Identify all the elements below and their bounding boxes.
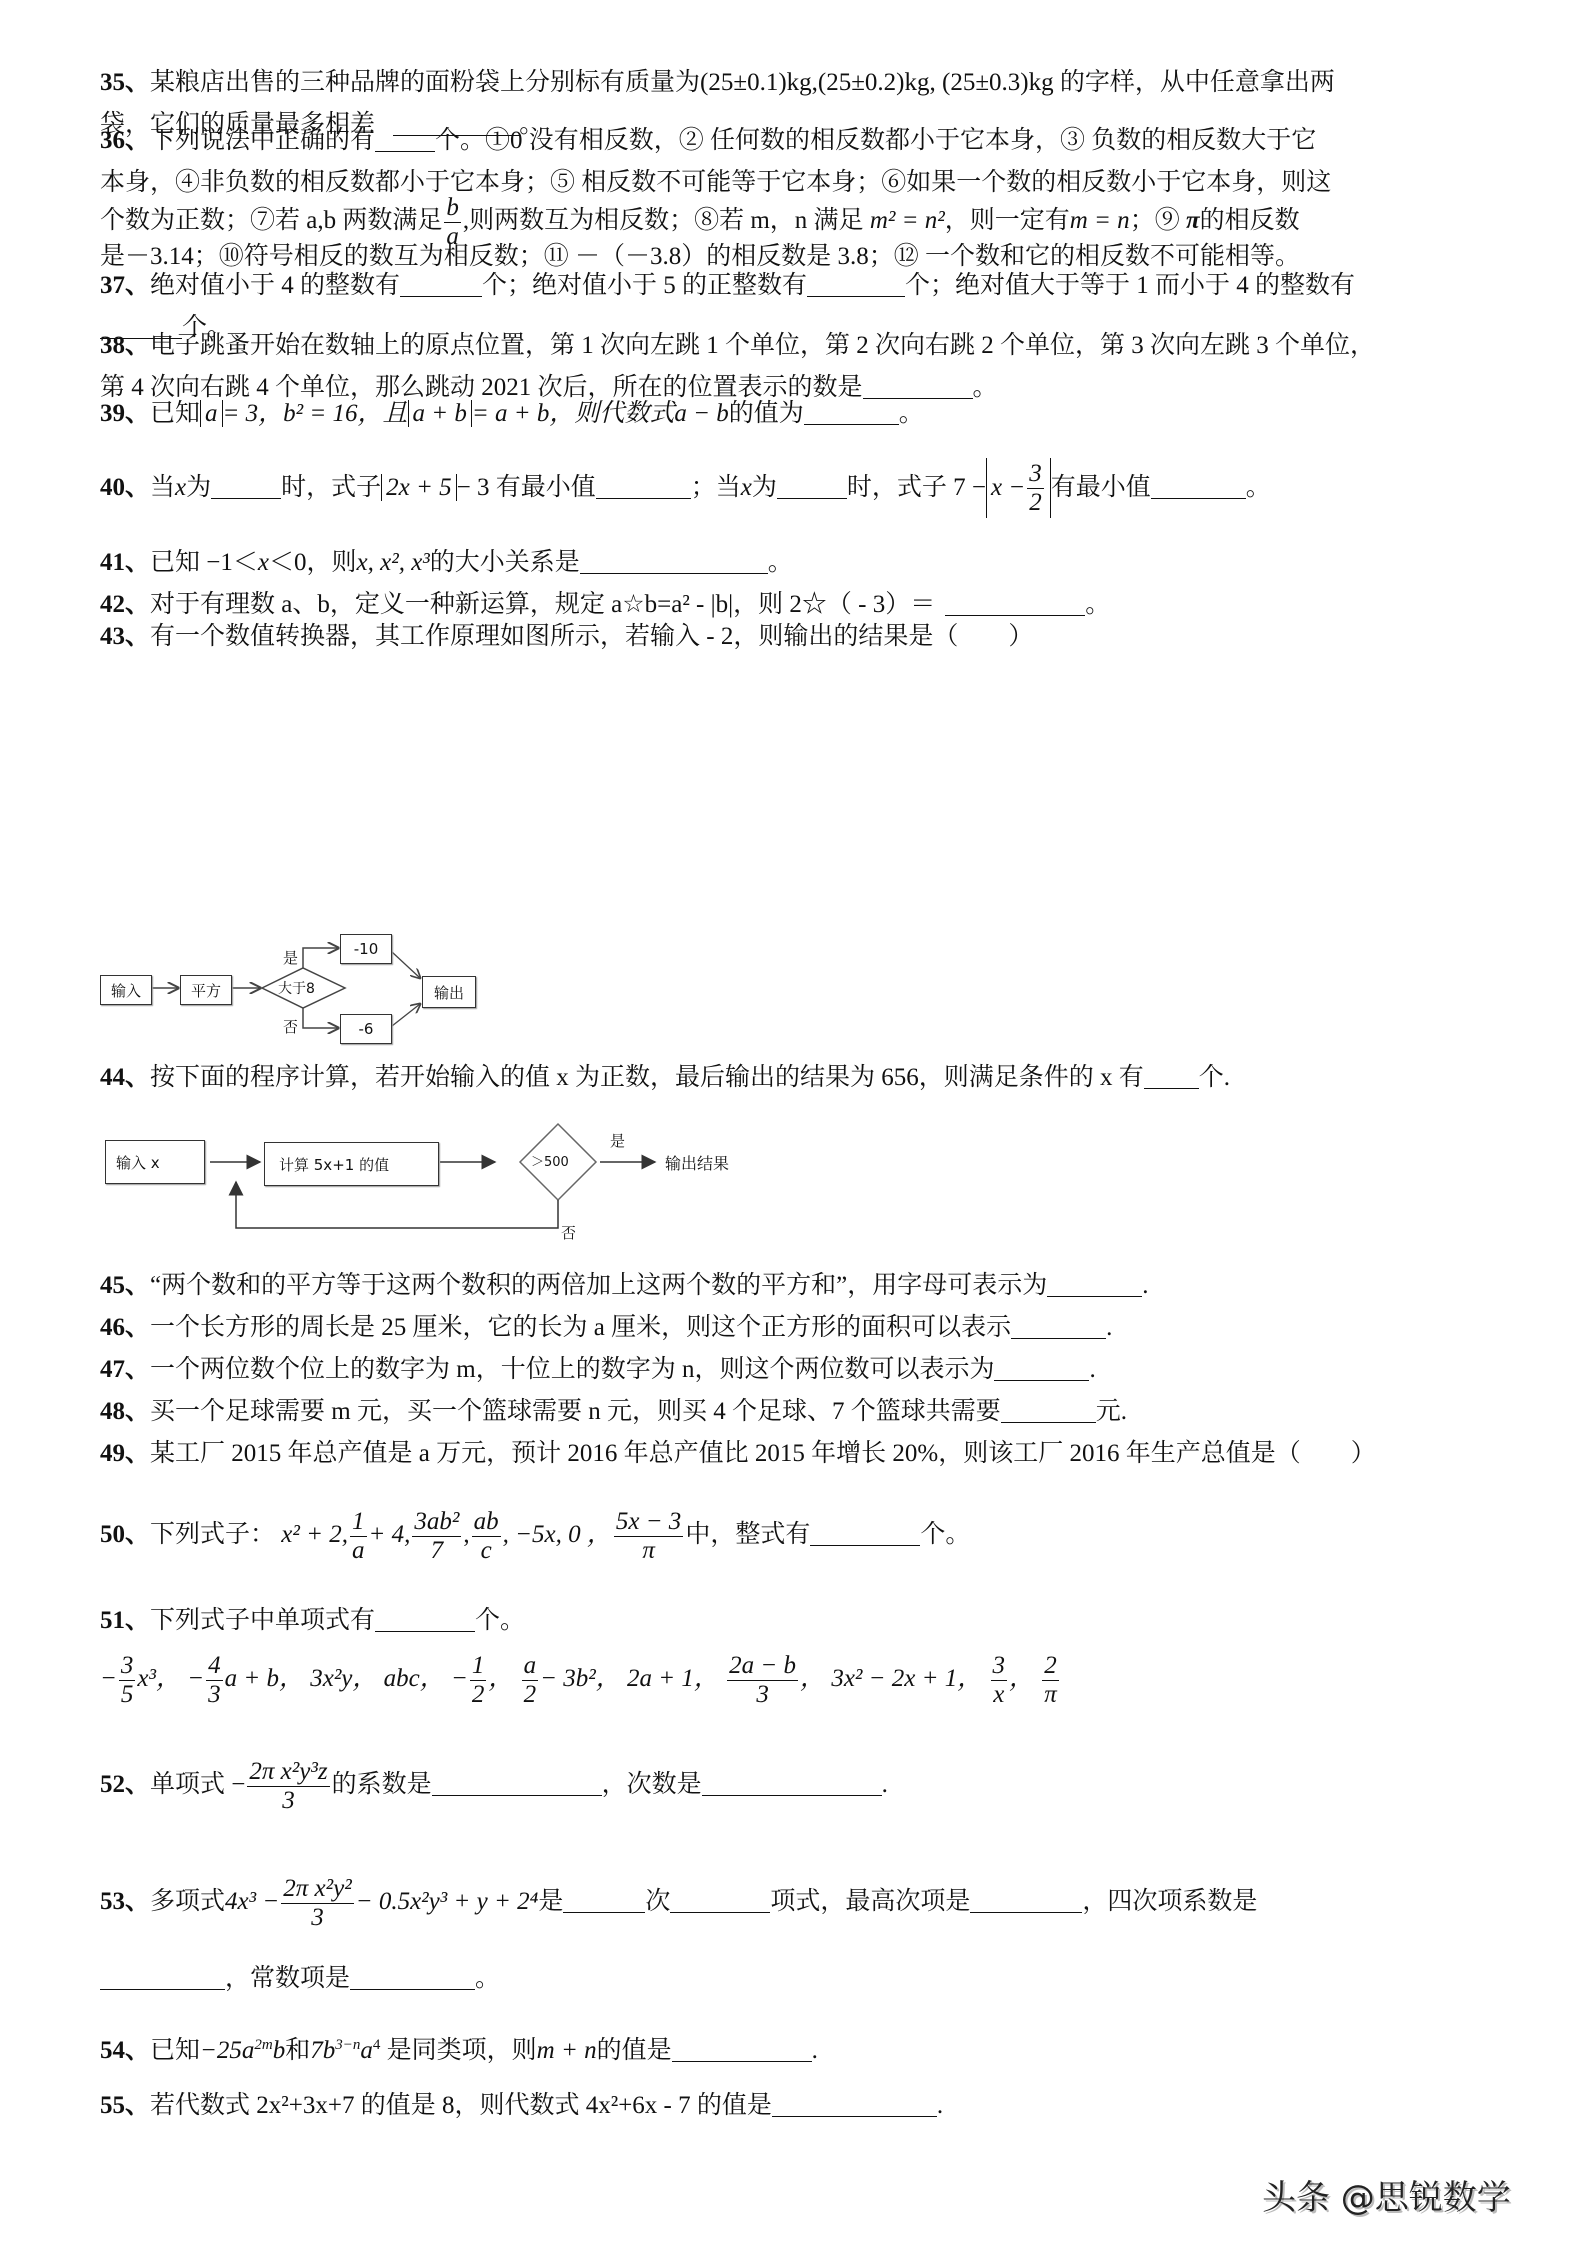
question-40: 40、当x为时，式子2x + 5− 3 有最小值；当x为时，式子 7 −x −3… [100,458,1505,518]
question-44: 44、按下面的程序计算，若开始输入的值 x 为正数，最后输出的结果为 656，则… [100,1057,1505,1099]
question-45: 45、“两个数和的平方等于这两个数积的两倍加上这两个数的平方和”，用字母可表示为… [100,1265,1505,1307]
question-text: ，则一定有 [945,207,1070,234]
abs-expr: 2x + 5 [381,474,456,501]
answer-blank[interactable] [670,1911,770,1913]
answer-blank[interactable] [777,497,847,499]
math-expr: 7b [310,2037,335,2064]
question-number: 51、 [100,1607,150,1634]
fraction: 2π x²y²3 [281,1875,353,1931]
fraction: a2 [522,1652,539,1708]
abs-expr: a + b [408,400,472,427]
question-number: 43、 [100,623,150,650]
question-text: 为 [752,474,777,501]
exponent: 4 [373,2037,381,2053]
math-expr: , −5x, 0 ， [503,1521,612,1548]
question-text: 多项式 [150,1888,225,1915]
flow-output-label: 输出结果 [665,1151,729,1174]
question-number: 52、 [100,1771,150,1798]
question-text: 单项式 − [150,1771,245,1798]
question-text: 个；绝对值小于 5 的正整数有 [482,272,807,299]
question-50: 50、下列式子： x² + 2,1a+ 4,3ab²7,abc, −5x, 0 … [100,1500,1505,1570]
question-text: 下列式子中单项式有 [150,1607,375,1634]
flow-condition-label: 大于8 [278,978,315,998]
answer-blank[interactable] [563,1911,645,1913]
question-number: 53、 [100,1888,150,1915]
question-text: 若代数式 2x²+3x+7 的值是 8，则代数式 4x²+6x - 7 的值是 [150,2092,772,2119]
question-text: 个。①0 没有相反数，② 任何数的相反数都小于它本身，③ 负数的相反数大于它 [435,127,1316,154]
question-text: 个数为正数；⑦若 a,b 两数满足 [100,207,442,234]
question-text: ；⑨ [1130,207,1180,234]
answer-blank[interactable] [596,497,691,499]
question-text: 已知 [150,2037,200,2064]
question-text: 某粮店出售的三种品牌的面粉袋上分别标有质量为(25±0.1)kg,(25±0.2… [150,69,1335,96]
question-text: 是 [538,1888,563,1915]
question-41: 41、已知 −1＜x＜0，则x, x², x³的大小关系是。 [100,542,1505,584]
question-text: 有一个数值转换器，其工作原理如图所示，若输入 - 2，则输出的结果是（ ） [150,623,1033,650]
question-text: 个. [1199,1064,1230,1091]
punct: . [882,1771,888,1798]
question-51: 51、下列式子中单项式有个。 [100,1600,1505,1642]
question-43: 43、有一个数值转换器，其工作原理如图所示，若输入 - 2，则输出的结果是（ ） [100,616,1505,658]
question-number: 36、 [100,127,150,154]
flow-yes-label: 是 [610,1130,625,1151]
answer-blank[interactable] [1151,497,1246,499]
watermark: 头条 @思锐数学 [1262,2170,1511,2219]
question-text: 电子跳蚤开始在数轴上的原点位置，第 1 次向左跳 1 个单位，第 2 次向右跳 … [150,332,1375,359]
flowchart-arrows [100,1110,820,1240]
math-expr: b [273,2037,286,2064]
question-text: 个；绝对值大于等于 1 而小于 4 的整数有 [905,272,1355,299]
question-number: 39、 [100,400,150,427]
punct: . [812,2037,818,2064]
answer-blank[interactable] [580,572,768,574]
question-46: 46、一个长方形的周长是 25 厘米，它的长为 a 厘米，则这个正方形的面积可以… [100,1307,1505,1349]
question-text: 时，式子 [281,474,381,501]
question-text: 绝对值小于 4 的整数有 [150,272,400,299]
math-var: x [258,549,269,576]
answer-blank[interactable] [1001,1421,1096,1423]
question-text: 一个长方形的周长是 25 厘米，它的长为 a 厘米，则这个正方形的面积可以表示 [150,1314,1011,1341]
flow-minus6-box: -6 [340,1014,392,1044]
fraction: 2π [1042,1652,1059,1708]
math-var: x [741,474,752,501]
punct: 。 [899,400,924,427]
punct: 个。 [475,1607,525,1634]
question-number: 35、 [100,69,150,96]
question-text: 已知 −1＜ [150,549,258,576]
question-number: 47、 [100,1356,150,1383]
question-number: 40、 [100,474,150,501]
math-expr: + 4, [369,1521,411,1548]
question-text: ，四次项系数是 [1082,1888,1257,1915]
question-text: 为 [186,474,211,501]
question-text: 当 [150,474,175,501]
question-54: 54、已知−25a2mb和7b3−na4 是同类项，则m + n的值是. [100,2030,1505,2072]
fraction: 12 [470,1652,487,1708]
flow-minus10-box: -10 [340,934,392,964]
math-expr: m² = n² [870,207,945,234]
answer-blank[interactable] [804,423,899,425]
abs-expr-fraction: x −32 [986,458,1051,518]
flow-yes-label: 是 [283,947,298,968]
punct: 。 [1246,474,1271,501]
fraction: 3ab²7 [412,1508,461,1564]
question-text: ，次数是 [602,1771,702,1798]
answer-blank[interactable] [970,1911,1082,1913]
punct: . [1142,1272,1148,1299]
math-expr: = 3， [223,400,284,427]
question-53-line2: ，常数项是。 [100,1958,1505,2000]
question-number: 46、 [100,1314,150,1341]
flow-no-label: 否 [561,1222,576,1243]
question-text: 下列说法中正确的有 [150,127,375,154]
question-text: ，常数项是 [225,1965,350,1992]
math-expr: − 0.5x²y³ + y + 2⁴ [356,1888,539,1915]
question-text: 的值是 [597,2037,672,2064]
flowchart-43: 输入 平方 大于8 是 否 -10 -6 输出 [100,930,520,1040]
answer-blank[interactable] [350,1988,475,1990]
question-number: 55、 [100,2092,150,2119]
question-36: 36、下列说法中正确的有个。①0 没有相反数，② 任何数的相反数都小于它本身，③… [100,120,1505,162]
question-53: 53、多项式4x³ −2π x²y²3− 0.5x²y³ + y + 2⁴是次项… [100,1862,1505,1942]
answer-blank[interactable] [672,2060,812,2062]
flow-compute-box: 计算 5x+1 的值 [264,1142,439,1186]
question-51-expressions: −35x³， −43a + b， 3x²y， abc， −12， a2− 3b²… [100,1640,1505,1718]
answer-blank[interactable] [211,497,281,499]
question-number: 49、 [100,1440,150,1467]
punct: . [937,2092,943,2119]
answer-blank[interactable] [772,2115,937,2117]
question-text: 一个两位数个位上的数字为 m，十位上的数字为 n，则这个两位数可以表示为 [150,1356,994,1383]
question-number: 54、 [100,2037,150,2064]
question-47: 47、一个两位数个位上的数字为 m，十位上的数字为 n，则这个两位数可以表示为. [100,1349,1505,1391]
question-text: 的相反数 [1200,207,1300,234]
question-text: 的值为 [729,400,804,427]
flow-square-box: 平方 [180,975,232,1005]
answer-blank[interactable] [810,1544,920,1546]
question-text: 对于有理数 a、b，定义一种新运算，规定 a☆b=a² - |b|，则 2☆（ … [150,591,935,618]
math-var: x [175,474,186,501]
flow-input-box: 输入 [100,975,152,1005]
fraction: 5x − 3π [614,1508,683,1564]
fraction: 43 [206,1652,223,1708]
answer-blank[interactable] [807,295,905,297]
question-text: “两个数和的平方等于这两个数积的两倍加上这两个数的平方和”，用字母可表示为 [150,1272,1047,1299]
question-number: 37、 [100,272,150,299]
answer-blank[interactable] [100,1988,225,1990]
question-number: 45、 [100,1272,150,1299]
punct: 。 [1085,591,1110,618]
punct: 。 [768,549,793,576]
math-expr: 4x³ − [225,1888,279,1915]
flow-input-x-box: 输入 x [105,1140,205,1184]
answer-blank[interactable] [375,1630,475,1632]
punct: 元. [1096,1398,1127,1425]
question-55: 55、若代数式 2x²+3x+7 的值是 8，则代数式 4x²+6x - 7 的… [100,2085,1505,2127]
exponent: 3−n [335,2037,360,2053]
question-number: 41、 [100,549,150,576]
question-text: ＜0，则 [269,549,357,576]
math-expr: m + n [537,2037,597,2064]
flow-no-label: 否 [283,1016,298,1037]
question-text: 下列式子： [150,1521,275,1548]
flowchart-44: 输入 x 计算 5x+1 的值 ＞500 是 否 输出结果 [100,1110,820,1240]
abs-expr: a [200,400,223,427]
math-expr: x, x², x³ [357,549,430,576]
question-text: 某工厂 2015 年总产值是 a 万元，预计 2016 年总产值比 2015 年… [150,1440,1376,1467]
question-text: 的大小关系是 [430,549,580,576]
question-text: 项式，最高次项是 [770,1888,970,1915]
answer-blank[interactable] [432,1794,602,1796]
question-text: 已知 [150,400,200,427]
question-text: 的系数是 [332,1771,432,1798]
answer-blank[interactable] [702,1794,882,1796]
question-text: 是同类项，则 [387,2037,537,2064]
math-expr: −25a [200,2037,254,2064]
question-text: 时，式子 7 − [847,474,986,501]
answer-blank[interactable] [994,1379,1089,1381]
math-expr: = a + b，则代数式 [472,400,675,427]
question-text: ；当 [691,474,741,501]
math-expr: m = n [1070,207,1130,234]
math-expr: a [360,2037,373,2064]
answer-blank[interactable] [375,150,435,152]
question-52: 52、单项式 −2π x²y³z3的系数是，次数是. [100,1745,1505,1825]
answer-blank[interactable] [1144,1087,1199,1089]
math-expr: b² = 16，且 [283,400,407,427]
question-text: 有最小值 [1051,474,1151,501]
question-number: 42、 [100,591,150,618]
fraction: 3x [991,1652,1008,1708]
question-48: 48、买一个足球需要 m 元，买一个篮球需要 n 元，则买 4 个足球、7 个篮… [100,1391,1505,1433]
question-text: 次 [645,1888,670,1915]
question-text: 买一个足球需要 m 元，买一个篮球需要 n 元，则买 4 个足球、7 个篮球共需… [150,1398,1001,1425]
question-number: 38、 [100,332,150,359]
punct: . [1106,1314,1112,1341]
answer-blank[interactable] [400,295,482,297]
punct: 个。 [920,1521,970,1548]
question-text: 和 [285,2037,310,2064]
math-expr: a − b [674,400,728,427]
math-expr: π [1186,207,1200,234]
answer-blank[interactable] [1011,1337,1106,1339]
question-number: 48、 [100,1398,150,1425]
flow-condition-label: ＞500 [531,1151,569,1170]
fraction: 35 [119,1652,136,1708]
question-number: 50、 [100,1521,150,1548]
exponent: 2m [254,2037,272,2053]
question-text: 按下面的程序计算，若开始输入的值 x 为正数，最后输出的结果为 656，则满足条… [150,1064,1144,1091]
answer-blank[interactable] [1047,1295,1142,1297]
fraction: 2π x²y³z3 [247,1758,329,1814]
fraction: abc [472,1508,501,1564]
punct: . [1089,1356,1095,1383]
question-49: 49、某工厂 2015 年总产值是 a 万元，预计 2016 年总产值比 201… [100,1433,1505,1475]
question-text: − 3 有最小值 [457,474,596,501]
question-number: 44、 [100,1064,150,1091]
punct: 。 [475,1965,500,1992]
flow-output-box: 输出 [422,976,476,1008]
question-text: ,则两数互为相反数；⑧若 m，n 满足 [463,207,864,234]
question-39: 39、已知a= 3，b² = 16，且a + b= a + b，则代数式a − … [100,393,1505,435]
question-text: 中，整式有 [685,1521,810,1548]
math-expr: x² + 2, [281,1521,348,1548]
fraction: 1a [350,1508,367,1564]
fraction: 2a − b3 [727,1652,798,1708]
